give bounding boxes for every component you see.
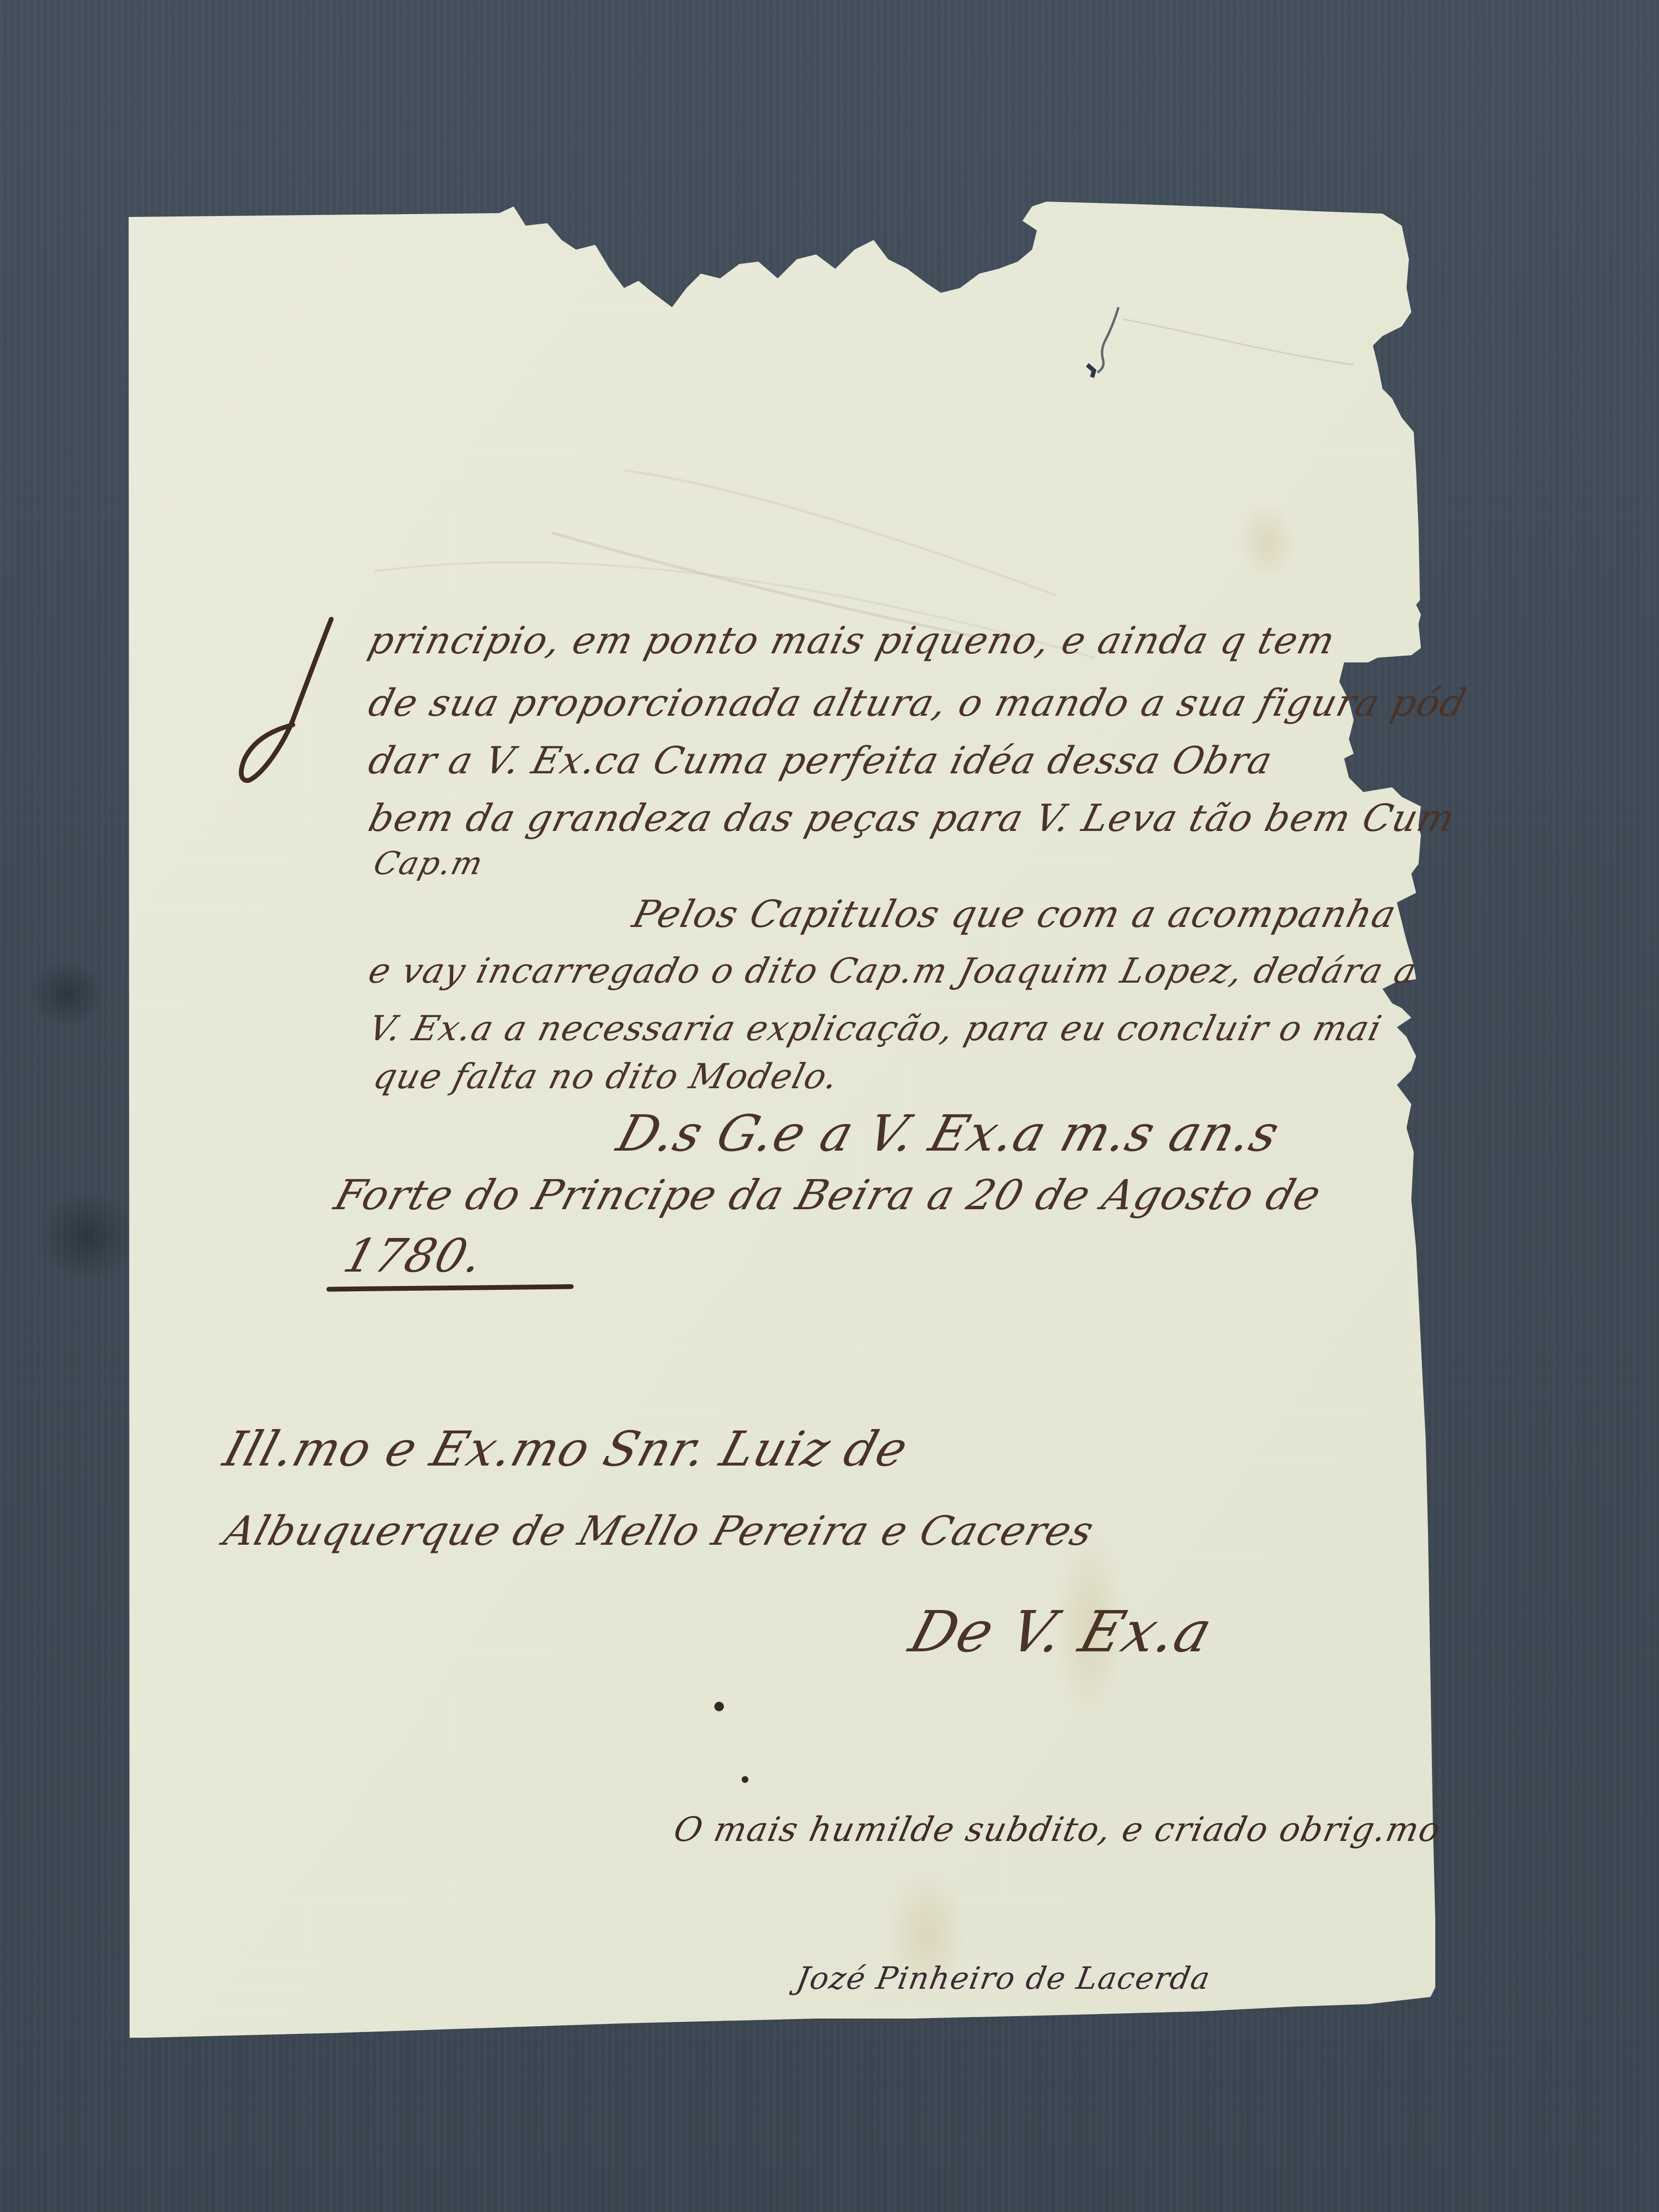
valediction: O mais humilde subdito, e criado obrig.m… [670,1810,1444,1849]
body-line-7: e vay incarregado o dito Cap.m Joaquim L… [365,950,1422,991]
body-line-6: Pelos Capitulos que com a acompanha [628,893,1401,936]
blessing-line: D.s G.e a V. Ex.a m.s an.s [611,1104,1286,1163]
closing-salutation: De V. Ex.a [902,1599,1220,1665]
address-line-1: Ill.mo e Ex.mo Snr. Luiz de [217,1421,914,1477]
body-line-1: principio, em ponto mais piqueno, e aind… [364,619,1340,662]
body-line-5: Cap.m [370,845,487,882]
body-line-9: que falta no dito Modelo. [370,1056,843,1096]
year-line: 1780. [338,1229,490,1283]
ink-dot [714,1702,724,1711]
year-underline [326,1284,574,1291]
address-line-2: Albuquerque de Mello Pereira e Caceres [219,1507,1100,1554]
manuscript-page: principio, em ponto mais piqueno, e aind… [0,0,1659,2212]
body-line-3: dar a V. Ex.ca Cuma perfeita idéa dessa … [364,739,1277,782]
body-line-8: V. Ex.a a necessaria explicação, para eu… [365,1008,1386,1048]
ink-dot [742,1776,748,1783]
manuscript-text: principio, em ponto mais piqueno, e aind… [0,0,1659,2212]
body-line-2: de sua proporcionada altura, o mando a s… [364,682,1471,725]
opening-flourish-icon [235,614,350,787]
signature: Jozé Pinheiro de Lacerda [793,1961,1213,1996]
place-date-line: Forte do Principe da Beira a 20 de Agost… [329,1171,1327,1219]
body-line-4: bem da grandeza das peças para V. Leva t… [364,797,1460,840]
